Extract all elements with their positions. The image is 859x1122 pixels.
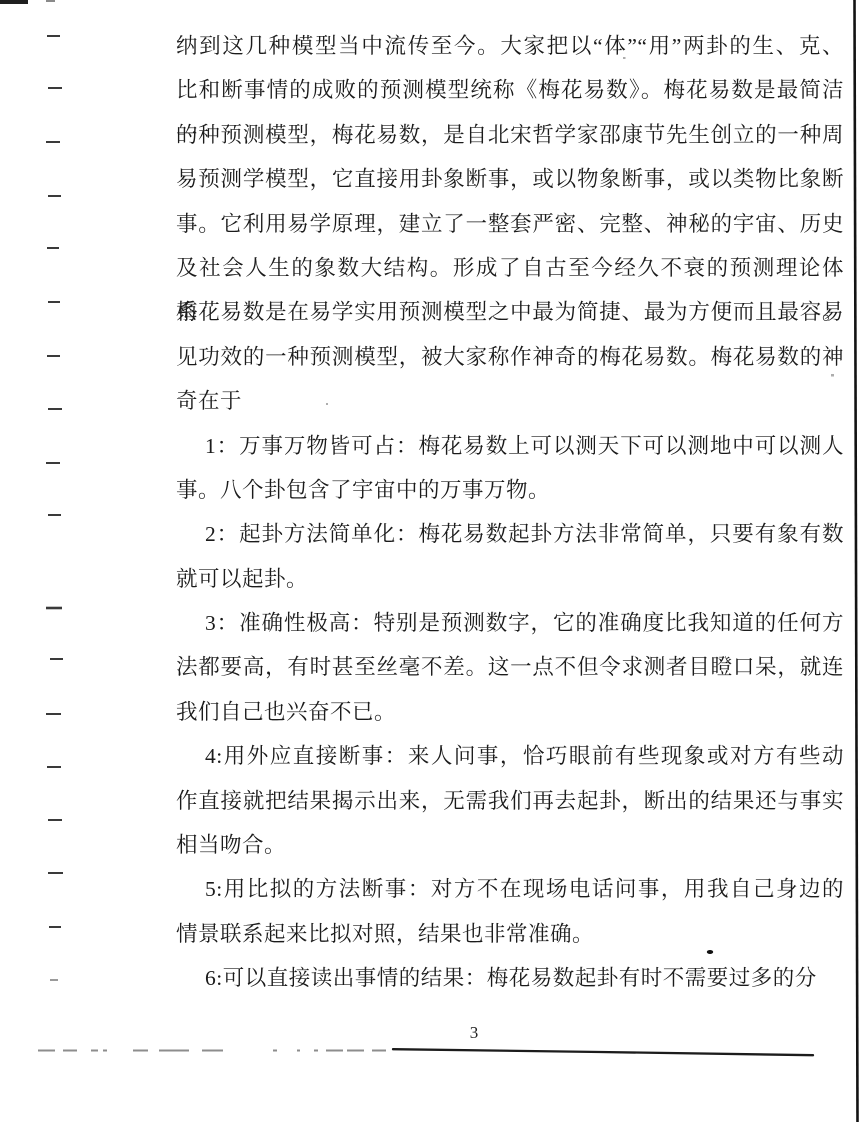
- text-line: 情景联系起来比拟对照，结果也非常准确。: [176, 912, 844, 956]
- page-number: 3: [462, 1023, 486, 1043]
- text-line: 见功效的一种预测模型，被大家称作神奇的梅花易数。梅花易数的神: [176, 335, 844, 379]
- text-line: 作直接就把结果揭示出来，无需我们再去起卦，断出的结果还与事实: [176, 779, 844, 823]
- text-line: 法都要高，有时甚至丝毫不差。这一点不但令求测者目瞪口呆，就连: [176, 645, 844, 689]
- text-line: 4:用外应直接断事：来人问事，恰巧眼前有些现象或对方有些动: [176, 734, 844, 778]
- text-line: 一种预测模型，梅花易数，是自北宋哲学家邵康节先生创立的一种周: [176, 113, 844, 157]
- scan-smudge-topleft: [46, 0, 55, 2]
- text-line: 2：起卦方法简单化：梅花易数起卦方法非常简单，只要有象有数: [176, 512, 844, 556]
- scan-smudge-topleft: [0, 0, 28, 4]
- bottom-rule-line: [393, 1049, 813, 1055]
- text-line: 1：万事万物皆可占：梅花易数上可以测天下可以测地中可以测人: [176, 424, 844, 468]
- text-line: 相当吻合。: [176, 823, 844, 867]
- text-line: 纳到这几种模型当中流传至今。大家把以“体”“用”两卦的生、克、: [176, 24, 844, 68]
- text-line: 事。它利用易学原理，建立了一整套严密、完整、神秘的宇宙、历史: [176, 202, 844, 246]
- text-line: 5:用比拟的方法断事：对方不在现场电话问事，用我自己身边的: [176, 867, 844, 911]
- text-line: 比和断事情的成败的预测模型统称《梅花易数》。梅花易数是最简洁的: [176, 68, 844, 112]
- text-line: 6:可以直接读出事情的结果：梅花易数起卦有时不需要过多的分: [176, 956, 844, 1000]
- body-text: 纳到这几种模型当中流传至今。大家把以“体”“用”两卦的生、克、 比和断事情的成败…: [176, 24, 844, 1001]
- text-line: 梅花易数是在易学实用预测模型之中最为简捷、最为方便而且最容易: [176, 290, 844, 334]
- text-line: 及社会人生的象数大结构。形成了自古至今经久不衰的预测理论体系。: [176, 246, 844, 290]
- margin-dash-marks: [46, 36, 63, 980]
- text-line: 奇在于: [176, 379, 844, 423]
- text-line: 易预测学模型，它直接用卦象断事，或以物象断事，或以类物比象断: [176, 157, 844, 201]
- text-line: 我们自己也兴奋不已。: [176, 690, 844, 734]
- scan-edge-line: [855, 0, 858, 1122]
- scanned-document-page: 纳到这几种模型当中流传至今。大家把以“体”“用”两卦的生、克、 比和断事情的成败…: [0, 0, 859, 1122]
- text-line: 3：准确性极高：特别是预测数字，它的准确度比我知道的任何方: [176, 601, 844, 645]
- text-line: 事。八个卦包含了宇宙中的万事万物。: [176, 468, 844, 512]
- text-line: 就可以起卦。: [176, 557, 844, 601]
